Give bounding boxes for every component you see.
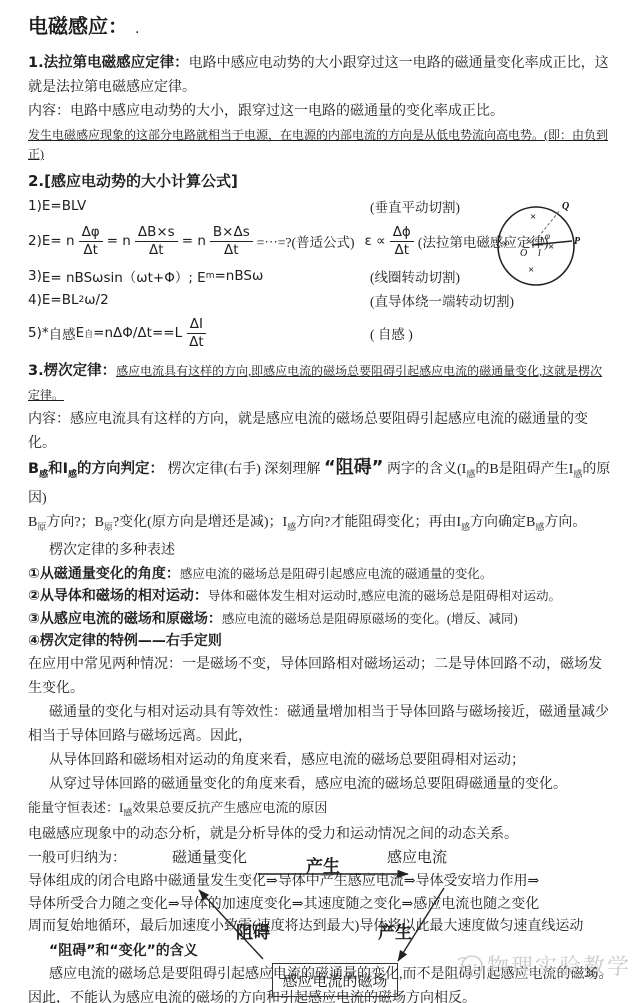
cross-mark-bottom: × bbox=[528, 264, 534, 276]
formula2-id: 2) bbox=[28, 233, 42, 249]
formula2-E: E bbox=[42, 233, 51, 249]
watermark: 物理实验教学 bbox=[453, 948, 631, 982]
fraction-Bds-dt: B×ΔsΔt bbox=[210, 224, 253, 257]
fraction-dI-dt: ΔIΔt bbox=[186, 316, 207, 349]
judge-heading-B: B bbox=[28, 461, 39, 477]
judge-heading-mid: 和I bbox=[48, 461, 68, 477]
node-induced-current-field-box: 感应电流的磁场 bbox=[272, 963, 398, 997]
title-trailing-dot: . bbox=[135, 21, 139, 37]
faraday-content-text: 电路中感应电动势的大小，跟穿过这一电路的磁通量的变化率成正比。 bbox=[70, 104, 504, 119]
judge-heading-tail: 的方向判定： bbox=[77, 461, 164, 477]
item1-rest: 感应电流的磁场总是阻碍引起感应电流的磁通量的变化。 bbox=[180, 567, 493, 581]
judge2-s6: 方向。 bbox=[544, 515, 586, 530]
edge-label-produce-right: 产生 bbox=[378, 918, 412, 943]
label-Q: Q bbox=[562, 201, 569, 212]
cross-mark-left: × bbox=[502, 238, 508, 250]
cross-mark-top: × bbox=[530, 211, 536, 223]
judge-sub-gan4: 感 bbox=[573, 469, 582, 479]
formula3-id: 3) bbox=[28, 268, 42, 284]
judge-text-2: 两字的含义(I bbox=[387, 462, 466, 477]
lenz-content-text: 感应电流具有这样的方向，就是感应电流的磁场总要阻碍引起感应电流的磁通量的变化。 bbox=[28, 412, 588, 451]
formula2-epsilon: ε ∝ bbox=[364, 233, 385, 249]
lenz-content-paragraph: 内容：感应电流具有这样的方向，就是感应电流的磁场总要阻碍引起感应电流的磁通量的变… bbox=[28, 408, 614, 456]
formula-section-heading: 2.[感应电动势的大小计算公式] bbox=[28, 170, 614, 191]
formula-row-5: 5)* 自感 E自=nΔΦ/Δt==L ΔIΔt ( 自感 ) bbox=[28, 313, 614, 353]
lenz-content-label: 内容： bbox=[28, 412, 70, 427]
item2-rest: 导体和磁体发生相对运动时,感应电流的磁场总是阻碍相对运动。 bbox=[208, 589, 561, 603]
scanned-physics-notes-page: { "page": { "title": "电磁感应：", "title_dot… bbox=[0, 0, 640, 1003]
node-induced-current: 感应电流 bbox=[387, 846, 447, 867]
faraday-law-paragraph: 1.法拉第电磁感应定律：电路中感应电动势的大小跟穿过这一电路的磁通量变化率成正比… bbox=[28, 51, 614, 100]
multi-statements-heading: 楞次定律的多种表述 bbox=[28, 539, 614, 563]
formula5-equation: =nΔΦ/Δt==L bbox=[93, 325, 182, 341]
label-P: P bbox=[574, 236, 581, 247]
formula2-eq3: = n bbox=[182, 233, 206, 249]
fraction-dphi-dt: ΔφΔt bbox=[79, 224, 103, 257]
lenz-item-1: ①从磁通量变化的角度：感应电流的磁场总是阻碍引起感应电流的磁通量的变化。 bbox=[28, 563, 614, 586]
energy-text-b: 效果总要反抗产生感应电流的原因 bbox=[132, 800, 327, 815]
judge-text-1: 楞次定律(右手) 深刻理解 bbox=[168, 462, 321, 477]
formula4-id: 4) bbox=[28, 292, 42, 308]
faraday-law-heading: 1.法拉第电磁感应定律： bbox=[28, 55, 189, 71]
energy-text-a: 能量守恒表述：I bbox=[28, 800, 123, 815]
formula3-equation-a: E= nBSωsin（ωt+Φ）; E bbox=[42, 266, 206, 286]
energy-conservation-paragraph: 能量守恒表述：I感效果总要反抗产生感应电流的原因 bbox=[28, 797, 614, 824]
formula4-equation-a: E=BL bbox=[42, 292, 79, 308]
judge-sub-gan3: 感 bbox=[466, 469, 475, 479]
formula2-eq4: =⋯=?(普适公式) bbox=[257, 231, 355, 251]
power-source-note: 发生电磁感应现象的这部分电路就相当于电源，在电源的内部电流的方向是从低电势流向高… bbox=[28, 126, 614, 164]
formula2-eq1: = n bbox=[50, 233, 74, 249]
equivalence-paragraph: 磁通量的变化与相对运动具有等效性：磁通量增加相当于导体回路与磁场接近，磁通量减少… bbox=[28, 701, 614, 749]
formula4-equation-b: ω/2 bbox=[84, 292, 108, 308]
relative-motion-view-paragraph: 从导体回路和磁场相对运动的角度来看，感应电流的磁场总要阻碍相对运动； bbox=[28, 749, 614, 773]
judge2-sub2: 原 bbox=[104, 522, 113, 532]
content-label: 内容： bbox=[28, 104, 70, 119]
edge-label-produce-top: 产生 bbox=[306, 852, 340, 877]
formula1-id: 1) bbox=[28, 198, 42, 214]
formula3-equation-b: =nBSω bbox=[214, 268, 263, 284]
judge2-s4: 方向?才能阻碍变化；再由I bbox=[296, 515, 461, 530]
zuai-emphasis: “阻碍” bbox=[324, 457, 384, 478]
judge2-s3: ?变化(原方向是增还是减)；I bbox=[113, 515, 287, 530]
fraction-dBs-dt: ΔB×sΔt bbox=[135, 224, 178, 257]
lenz-item-3: ③从感应电流的磁场和原磁场：感应电流的磁场总是阻碍原磁场的变化。(增反、减同) bbox=[28, 608, 614, 631]
faraday-content-paragraph: 内容：电路中感应电动势的大小，跟穿过这一电路的磁通量的变化率成正比。 bbox=[28, 100, 614, 124]
formula5-subscript-zi: 自 bbox=[84, 327, 93, 340]
node-flux-change: 磁通量变化 bbox=[172, 846, 247, 867]
formula5-ziган-label: 自感 bbox=[49, 323, 76, 343]
fraction-dphi-dt-2: ΔϕΔt bbox=[390, 224, 414, 257]
angle-arc bbox=[542, 237, 544, 244]
label-phi: φ bbox=[545, 231, 550, 241]
formula3-label: (线圈转动切割) bbox=[370, 266, 460, 286]
formula5-E: E bbox=[76, 325, 85, 341]
page-number: 36 bbox=[584, 966, 598, 982]
flux-change-view-paragraph: 从穿过导体回路的磁通量变化的角度来看，感应电流的磁场总要阻碍磁通量的变化。 bbox=[28, 773, 614, 797]
formula1-label: (垂直平动切割) bbox=[370, 196, 460, 216]
watermark-text: 物理实验教学 bbox=[487, 950, 631, 981]
item3-rest: 感应电流的磁场总是阻碍原磁场的变化。(增反、减同) bbox=[222, 612, 518, 626]
cross-mark-center: × bbox=[526, 236, 532, 248]
formula5-label: ( 自感 ) bbox=[370, 323, 413, 343]
lenz-law-heading: 3.楞次定律： bbox=[28, 363, 116, 379]
item1-lead: ①从磁通量变化的角度： bbox=[28, 566, 180, 582]
formula2-eq2: = n bbox=[107, 233, 131, 249]
judge-text-3: 的B是阻碍产生I bbox=[475, 462, 573, 477]
judge2-s1: B bbox=[28, 515, 37, 530]
lenz-law-paragraph: 3.楞次定律：感应电流具有这样的方向,即感应电流的磁场总要阻碍引起感应电流的磁通… bbox=[28, 359, 614, 408]
edge-label-hinder: 阻碍 bbox=[236, 918, 270, 943]
label-l: l bbox=[538, 248, 541, 259]
application-cases-paragraph: 在应用中常见两种情况：一是磁场不变，导体回路相对磁场运动；二是导体回路不动，磁场… bbox=[28, 653, 614, 701]
judge2-sub1: 原 bbox=[37, 522, 46, 532]
judge2-s5: 方向确定B bbox=[470, 515, 535, 530]
item2-lead: ②从导体和磁场的相对运动： bbox=[28, 588, 208, 604]
item4-lead: ④楞次定律的特例——右手定则 bbox=[28, 633, 222, 649]
watermark-logo-icon bbox=[453, 948, 487, 982]
label-O: O bbox=[520, 248, 527, 259]
formula3-subscript-m: m bbox=[206, 271, 215, 281]
judge-sub-gan1: 感 bbox=[39, 470, 48, 480]
judge-sub-gan2: 感 bbox=[68, 470, 77, 480]
page-title-text: 电磁感应： bbox=[28, 14, 128, 38]
rotating-rod-field-diagram: × × × × × Q P O l φ bbox=[490, 198, 640, 300]
direction-judge-paragraph: B感和I感的方向判定： 楞次定律(右手) 深刻理解 “阻碍” 两字的含义(I感的… bbox=[28, 456, 614, 511]
formula5-id: 5)* bbox=[28, 325, 49, 341]
formula1-equation: E=BLV bbox=[42, 198, 86, 214]
lenz-item-4: ④楞次定律的特例——右手定则 bbox=[28, 630, 614, 653]
page-title: 电磁感应： . bbox=[28, 10, 614, 39]
judge2-sub4: 感 bbox=[461, 522, 470, 532]
energy-sub-gan: 感 bbox=[123, 807, 132, 817]
direction-judge-line2: B原方向?；B原?变化(原方向是增还是减)；I感方向?才能阻碍变化；再由I感方向… bbox=[28, 511, 614, 539]
item3-lead: ③从感应电流的磁场和原磁场： bbox=[28, 611, 222, 627]
judge2-sub3: 感 bbox=[287, 522, 296, 532]
judge2-s2: 方向?；B bbox=[46, 515, 104, 530]
lenz-item-2: ②从导体和磁场的相对运动：导体和磁体发生相对运动时,感应电流的磁场总是阻碍相对运… bbox=[28, 585, 614, 608]
